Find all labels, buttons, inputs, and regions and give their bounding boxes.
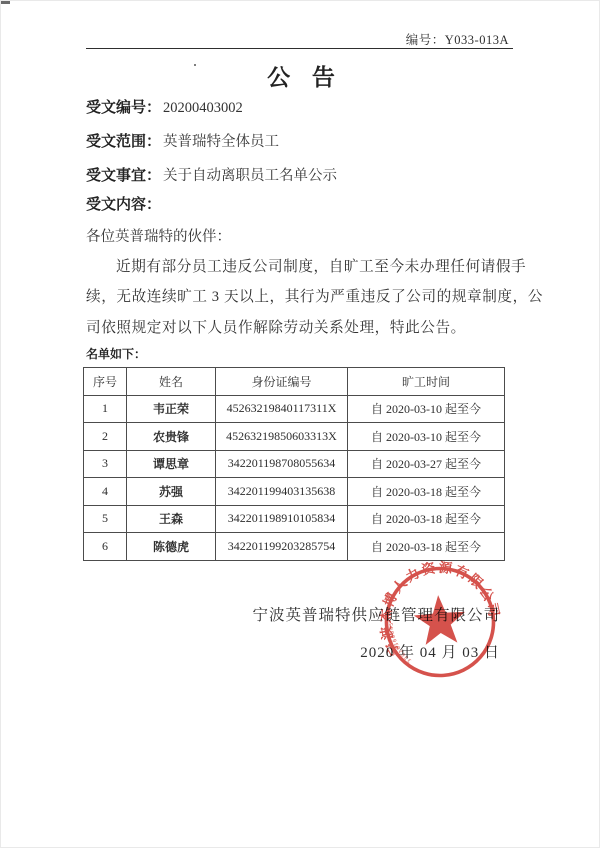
cell-absence-time: 自 2020-03-18 起至今 [348, 478, 505, 506]
field-scope-label: 受文范围： [86, 133, 161, 150]
body-paragraph: 近期有部分员工违反公司制度，自旷工至今未办理任何请假手 续，无故连续旷工 3 天… [86, 252, 519, 343]
cell-id-number: 45263219850603313X [216, 423, 348, 451]
header-index: 序号 [84, 368, 127, 396]
company-signature: 宁波英普瑞特供应链管理有限公司 [252, 603, 500, 625]
cell-name: 陈德虎 [127, 533, 216, 561]
field-scope-value: 英普瑞特全体员工 [163, 134, 279, 150]
field-doc-id-label: 受文编号： [86, 99, 161, 116]
table-row: 6 陈德虎 342201199203285754 自 2020-03-18 起至… [84, 533, 505, 561]
table-row: 4 苏强 342201199403135638 自 2020-03-18 起至今 [84, 478, 505, 506]
announcement-document-page: 编号：Y033-013A 公 告 受文编号：20200403002 受文范围：英… [0, 0, 600, 848]
scan-artifact-corner [1, 1, 10, 4]
list-intro: 名单如下： [86, 345, 146, 362]
table-row: 3 谭思章 342201198708055634 自 2020-03-27 起至… [84, 450, 505, 478]
cell-index: 1 [84, 395, 127, 423]
cell-name: 农贵锋 [127, 423, 216, 451]
cell-index: 2 [84, 423, 127, 451]
cell-name: 苏强 [127, 478, 216, 506]
header-absence-time: 旷工时间 [348, 368, 505, 396]
absentee-table: 序号 姓名 身份证编号 旷工时间 1 韦正荣 45263219840117311… [83, 367, 505, 561]
paragraph-line: 近期有部分员工违反公司制度，自旷工至今未办理任何请假手 [86, 252, 519, 282]
scan-artifact-dot [194, 64, 196, 66]
cell-id-number: 342201198708055634 [216, 450, 348, 478]
cell-name: 王森 [127, 505, 216, 533]
signature-date: 2020 年 04 月 03 日 [360, 641, 500, 662]
cell-id-number: 342201198910105834 [216, 505, 348, 533]
cell-index: 3 [84, 450, 127, 478]
field-doc-id-value: 20200403002 [163, 100, 243, 116]
cell-id-number: 342201199403135638 [216, 478, 348, 506]
paragraph-line: 司依照规定对以下人员作解除劳动关系处理，特此公告。 [86, 313, 519, 343]
cell-id-number: 342201199203285754 [216, 533, 348, 561]
cell-absence-time: 自 2020-03-27 起至今 [348, 450, 505, 478]
cell-name: 谭思章 [127, 450, 216, 478]
table-row: 5 王森 342201198910105834 自 2020-03-18 起至今 [84, 505, 505, 533]
header-id-number: 身份证编号 [216, 368, 348, 396]
cell-index: 6 [84, 533, 127, 561]
salutation: 各位英普瑞特的伙伴： [86, 225, 231, 246]
cell-absence-time: 自 2020-03-18 起至今 [348, 533, 505, 561]
field-doc-id: 受文编号：20200403002 [86, 96, 243, 117]
cell-index: 4 [84, 478, 127, 506]
field-subject: 受文事宜：关于自动离职员工名单公示 [86, 164, 337, 185]
header-rule [86, 48, 513, 49]
doc-number: 编号：Y033-013A [406, 30, 509, 48]
header-name: 姓名 [127, 368, 216, 396]
cell-absence-time: 自 2020-03-10 起至今 [348, 423, 505, 451]
table-row: 1 韦正荣 45263219840117311X 自 2020-03-10 起至… [84, 395, 505, 423]
table-header-row: 序号 姓名 身份证编号 旷工时间 [84, 368, 505, 396]
field-subject-label: 受文事宜： [86, 167, 161, 184]
page-title: 公 告 [1, 59, 600, 92]
field-scope: 受文范围：英普瑞特全体员工 [86, 130, 279, 151]
cell-id-number: 45263219840117311X [216, 395, 348, 423]
cell-absence-time: 自 2020-03-18 起至今 [348, 505, 505, 533]
paragraph-line: 续，无故连续旷工 3 天以上，其行为严重违反了公司的规章制度，公 [86, 282, 519, 312]
cell-index: 5 [84, 505, 127, 533]
table-row: 2 农贵锋 45263219850603313X 自 2020-03-10 起至… [84, 423, 505, 451]
field-content: 受文内容： [86, 193, 163, 214]
cell-absence-time: 自 2020-03-10 起至今 [348, 395, 505, 423]
cell-name: 韦正荣 [127, 395, 216, 423]
field-content-label: 受文内容： [86, 196, 161, 213]
field-subject-value: 关于自动离职员工名单公示 [163, 168, 337, 184]
